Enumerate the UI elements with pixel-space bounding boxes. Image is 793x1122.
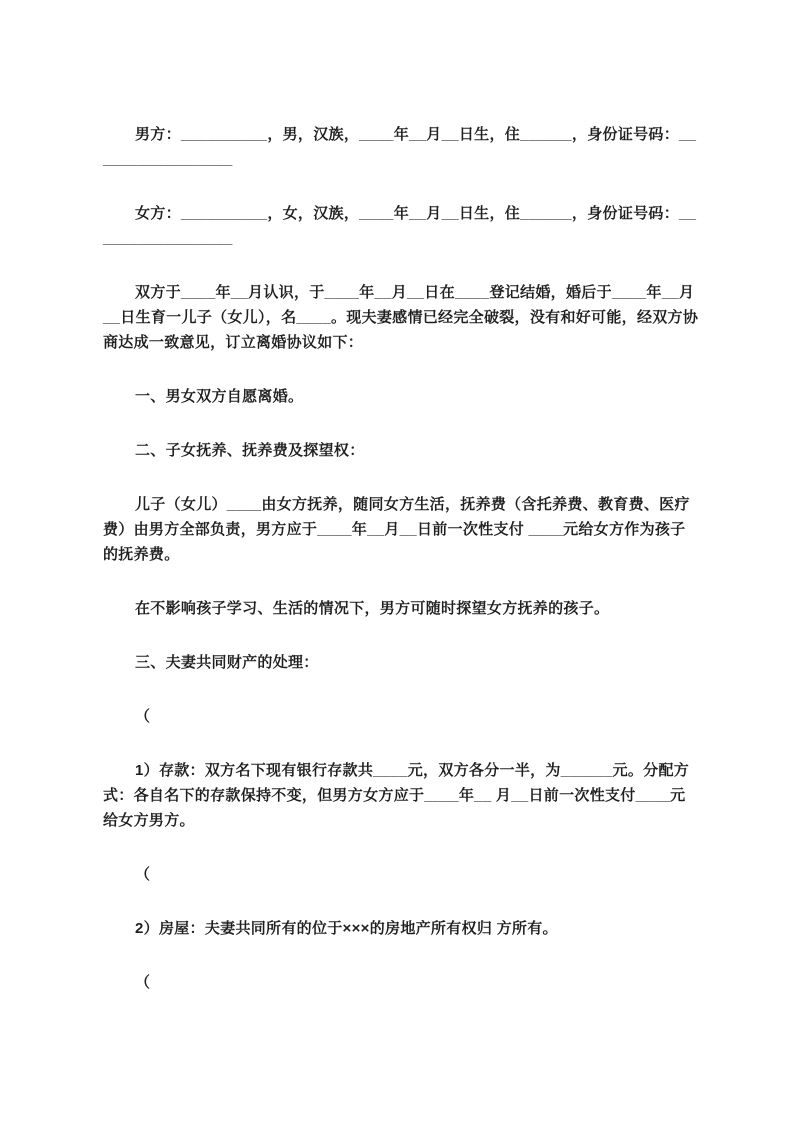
paragraph-child-support: 儿子（女儿）____由女方抚养，随同女方生活，抚养费（含托养费、教育费、医疗费）…	[103, 492, 700, 567]
paragraph-visitation: 在不影响孩子学习、生活的情况下，男方可随时探望女方抚养的孩子。	[103, 596, 700, 621]
clause-3-property-heading: 三、夫妻共同财产的处理：	[103, 650, 700, 675]
paragraph-open-paren-3: （	[103, 970, 700, 995]
paragraph-open-paren-2: （	[103, 862, 700, 887]
clause-2-custody-heading: 二、子女抚养、抚养费及探望权：	[103, 438, 700, 463]
paragraph-marriage-background: 双方于____年__月认识，于____年__月__日在____登记结婚，婚后于_…	[103, 280, 700, 355]
paragraph-open-paren-1: （	[103, 704, 700, 729]
clause-1-voluntary-divorce: 一、男女双方自愿离婚。	[103, 384, 700, 409]
paragraph-man-info: 男方：__________，男，汉族，____年__月__日生，住______，…	[103, 122, 700, 172]
paragraph-house: 2）房屋：夫妻共同所有的位于×××的房地产所有权归 方所有。	[103, 916, 700, 941]
document-page: 男方：__________，男，汉族，____年__月__日生，住______，…	[0, 0, 793, 1122]
paragraph-woman-info: 女方：__________，女，汉族，____年__月__日生，住______，…	[103, 201, 700, 251]
paragraph-deposit: 1）存款：双方名下现有银行存款共____元，双方各分一半，为______元。分配…	[103, 758, 700, 833]
